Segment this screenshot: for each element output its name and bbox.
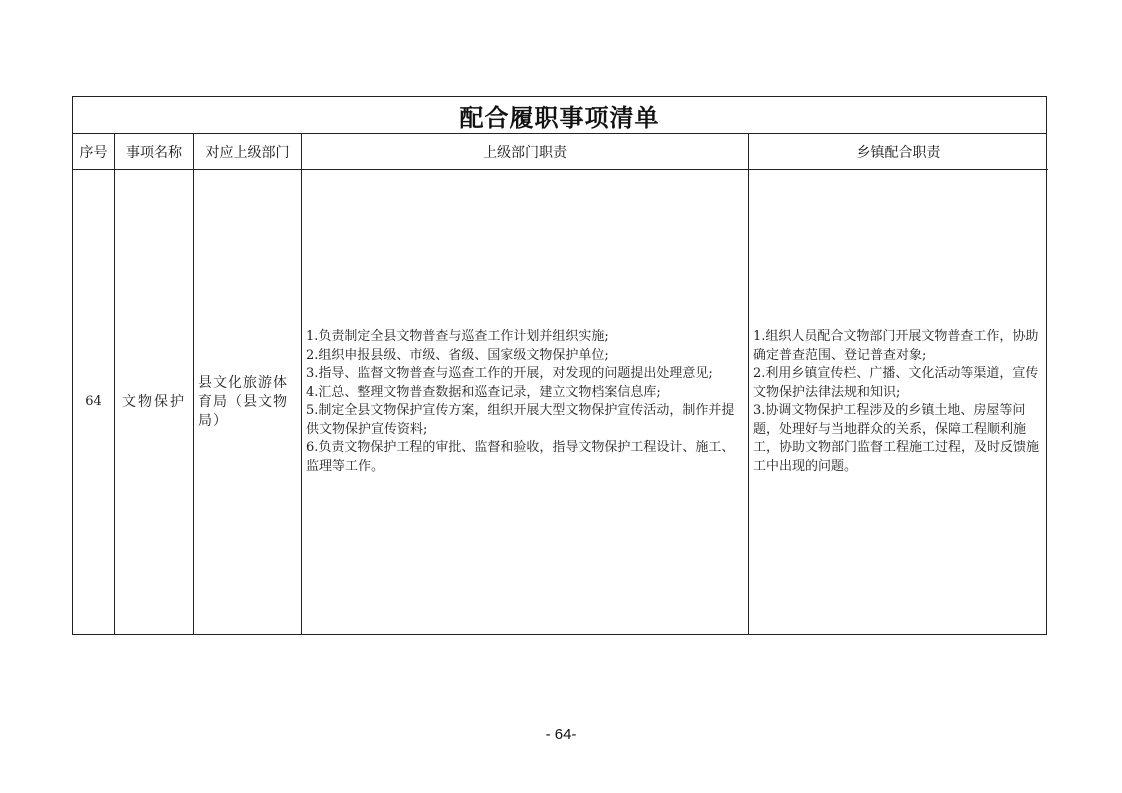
cell-index: 64 [73, 170, 114, 634]
township-duty-item: 3.协调文物保护工程涉及的乡镇土地、房屋等问题，处理好与当地群众的关系，保障工程… [753, 402, 1044, 476]
page-number: - 64- [0, 726, 1122, 743]
superior-duty-item: 5.制定全县文物保护宣传方案，组织开展大型文物保护宣传活动，制作并提供文物保护宣… [306, 402, 744, 439]
header-index: 序号 [73, 134, 114, 170]
header-superior-duties: 上级部门职责 [302, 134, 748, 170]
township-duties-list: 1.组织人员配合文物部门开展文物普查工作，协助确定普查范围、登记普查对象; 2.… [749, 328, 1048, 476]
superior-duty-item: 3.指导、监督文物普查与巡查工作的开展，对发现的问题提出处理意见; [306, 365, 744, 384]
header-superior-dept: 对应上级部门 [194, 134, 301, 170]
township-duty-item: 1.组织人员配合文物部门开展文物普查工作，协助确定普查范围、登记普查对象; [753, 328, 1044, 365]
table-title-row: 配合履职事项清单 [73, 97, 1046, 134]
superior-duties-list: 1.负责制定全县文物普查与巡查工作计划并组织实施; 2.组织申报县级、市级、省级… [302, 328, 748, 476]
column-superior-duties: 上级部门职责 1.负责制定全县文物普查与巡查工作计划并组织实施; 2.组织申报县… [302, 134, 749, 634]
row-index-value: 64 [73, 393, 114, 412]
header-item-name: 事项名称 [115, 134, 193, 170]
township-duty-item: 2.利用乡镇宣传栏、广播、文化活动等渠道，宣传文物保护法律法规和知识; [753, 365, 1044, 402]
superior-duty-item: 6.负责文物保护工程的审批、监督和验收，指导文物保护工程设计、施工、监理等工作。 [306, 439, 744, 476]
superior-duty-item: 1.负责制定全县文物普查与巡查工作计划并组织实施; [306, 328, 744, 347]
page-title: 配合履职事项清单 [460, 98, 660, 133]
table-grid: 序号 64 事项名称 文物保护 对应上级部门 县文化旅游体育局（县文物局） 上级… [73, 134, 1046, 634]
cell-township-duties: 1.组织人员配合文物部门开展文物普查工作，协助确定普查范围、登记普查对象; 2.… [749, 170, 1048, 634]
superior-dept-value: 县文化旅游体育局（县文物局） [198, 374, 297, 431]
cell-item-name: 文物保护 [115, 170, 193, 634]
column-township-duties: 乡镇配合职责 1.组织人员配合文物部门开展文物普查工作，协助确定普查范围、登记普… [749, 134, 1048, 634]
item-name-value: 文物保护 [115, 393, 193, 412]
header-township-duties: 乡镇配合职责 [749, 134, 1048, 170]
cell-superior-duties: 1.负责制定全县文物普查与巡查工作计划并组织实施; 2.组织申报县级、市级、省级… [302, 170, 748, 634]
superior-duty-item: 4.汇总、整理文物普查数据和巡查记录，建立文物档案信息库; [306, 384, 744, 403]
cell-superior-dept: 县文化旅游体育局（县文物局） [194, 170, 301, 634]
column-index: 序号 64 [73, 134, 115, 634]
column-superior-dept: 对应上级部门 县文化旅游体育局（县文物局） [194, 134, 302, 634]
superior-duty-item: 2.组织申报县级、市级、省级、国家级文物保护单位; [306, 347, 744, 366]
column-item-name: 事项名称 文物保护 [115, 134, 194, 634]
duty-table: 配合履职事项清单 序号 64 事项名称 文物保护 对应上级部门 县文化旅游体育局… [72, 96, 1047, 635]
